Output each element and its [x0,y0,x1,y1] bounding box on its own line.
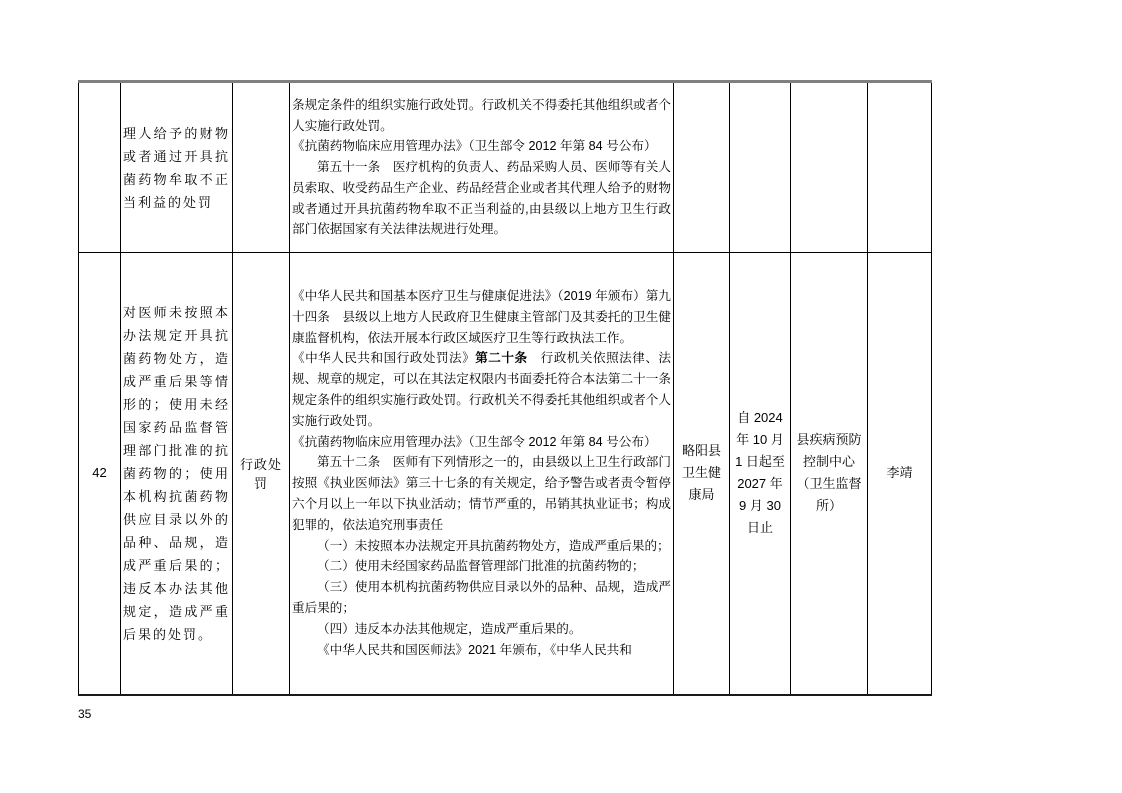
cell-penalty-type [233,82,290,253]
cell-person: 李靖 [868,253,932,695]
table-row-continuation: 理人给予的财物或者通过开具抗菌药物牟取不正当利益的处罚 条规定条件的组织实施行政… [79,82,932,253]
cell-period: 自 2024 年 10 月 1 日起至 2027 年 9 月 30 日止 [730,253,791,695]
document-page: 理人给予的财物或者通过开具抗菌药物牟取不正当利益的处罚 条规定条件的组织实施行政… [0,0,1122,793]
penalty-table: 理人给予的财物或者通过开具抗菌药物牟取不正当利益的处罚 条规定条件的组织实施行政… [78,80,932,696]
legal-basis-text: 《中华人民共和国基本医疗卫生与健康促进法》（2019 年颁布）第九十四条 县级以… [292,286,671,660]
cell-authority: 略阳县卫生健康局 [674,253,730,695]
cell-period [730,82,791,253]
cell-legal-basis: 条规定条件的组织实施行政处罚。行政机关不得委托其他组织或者个人实施行政处罚。《抗… [290,82,674,253]
cell-penalty-type: 行政处罚 [233,253,290,695]
legal-basis-text: 条规定条件的组织实施行政处罚。行政机关不得委托其他组织或者个人实施行政处罚。《抗… [292,95,671,241]
cell-row-number [79,82,121,253]
item-name-text: 对医师未按照本办法规定开具抗菌药物处方，造成严重后果等情形的；使用未经国家药品监… [123,301,230,646]
cell-item-name: 理人给予的财物或者通过开具抗菌药物牟取不正当利益的处罚 [121,82,233,253]
table-row-42: 42 对医师未按照本办法规定开具抗菌药物处方，造成严重后果等情形的；使用未经国家… [79,253,932,695]
cell-person [868,82,932,253]
cell-agency [791,82,868,253]
item-name-text: 理人给予的财物或者通过开具抗菌药物牟取不正当利益的处罚 [123,122,230,214]
cell-authority [674,82,730,253]
cell-item-name: 对医师未按照本办法规定开具抗菌药物处方，造成严重后果等情形的；使用未经国家药品监… [121,253,233,695]
cell-legal-basis: 《中华人民共和国基本医疗卫生与健康促进法》（2019 年颁布）第九十四条 县级以… [290,253,674,695]
page-number: 35 [78,706,91,722]
cell-agency: 县疾病预防控制中心（卫生监督所） [791,253,868,695]
cell-row-number: 42 [79,253,121,695]
